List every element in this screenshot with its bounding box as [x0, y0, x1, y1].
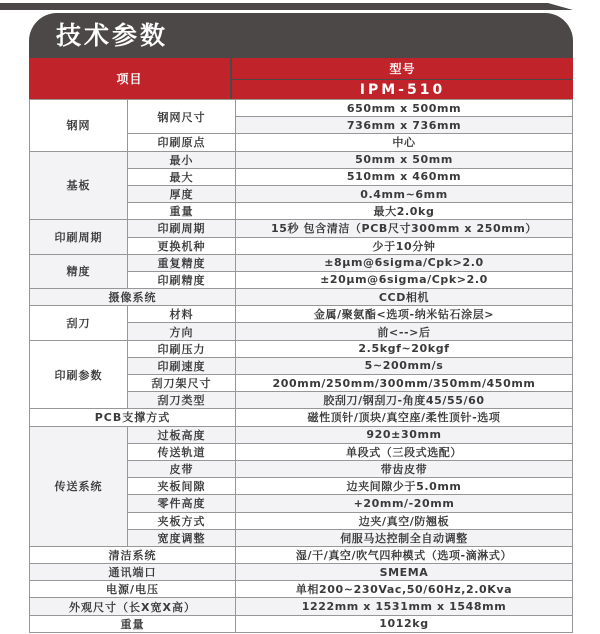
- spec-sheet: 技术参数 项目 型号 IPM-510 钢网钢网尺寸650mm x 500mm73…: [29, 13, 573, 633]
- spec-table: 钢网钢网尺寸650mm x 500mm736mm x 736mm印刷原点中心基板…: [29, 99, 573, 633]
- group-cell: 印刷参数: [30, 340, 128, 409]
- group-cell: 外观尺寸（长X宽X高）: [30, 598, 236, 615]
- table-header: 项目 型号 IPM-510: [29, 58, 573, 99]
- sub-item-cell: 夹板间隙: [128, 478, 236, 495]
- title-bar: 技术参数: [29, 13, 573, 58]
- value-cell: 单相200~230Vac,50/60Hz,2.0Kva: [236, 581, 573, 598]
- page-title: 技术参数: [56, 23, 168, 48]
- sub-item-cell: 印刷速度: [128, 357, 236, 374]
- value-cell: +20mm/-20mm: [236, 495, 573, 512]
- value-cell: 920±30mm: [236, 426, 573, 443]
- value-cell: 带齿皮带: [236, 460, 573, 477]
- value-cell: SMEMA: [236, 564, 573, 581]
- group-cell: 刮刀: [30, 306, 128, 340]
- value-cell: 50mm x 50mm: [236, 151, 573, 168]
- group-cell: 精度: [30, 254, 128, 288]
- sub-item-cell: 印刷压力: [128, 340, 236, 357]
- group-cell: 清洁系统: [30, 546, 236, 563]
- sub-item-cell: 钢网尺寸: [128, 100, 236, 134]
- value-cell: 736mm x 736mm: [236, 117, 573, 134]
- value-cell: 伺服马达控制全自动调整: [236, 529, 573, 546]
- value-cell: 1012kg: [236, 615, 573, 632]
- value-cell: 磁性顶针/顶块/真空座/柔性顶针-选项: [236, 409, 573, 426]
- value-cell: ±20μm@6sigma/Cpk>2.0: [236, 271, 573, 288]
- value-cell: 边夹/真空/防翘板: [236, 512, 573, 529]
- sub-item-cell: 夹板方式: [128, 512, 236, 529]
- sub-item-cell: 最小: [128, 151, 236, 168]
- value-cell: 2.5kgf~20kgf: [236, 340, 573, 357]
- model-header-cell: 型号: [232, 58, 573, 80]
- value-cell: 15秒 包含清洁（PCB尺寸300mm x 250mm）: [236, 220, 573, 237]
- value-cell: 湿/干/真空/吹气四种模式（选项-滴淋式）: [236, 546, 573, 563]
- group-cell: 重量: [30, 615, 236, 632]
- group-cell: 传送系统: [30, 426, 128, 546]
- sub-item-cell: 最大: [128, 168, 236, 185]
- model-header-group: 型号 IPM-510: [232, 58, 573, 99]
- value-cell: CCD相机: [236, 289, 573, 306]
- group-cell: 电源/电压: [30, 581, 236, 598]
- sub-item-cell: 零件高度: [128, 495, 236, 512]
- group-cell: 钢网: [30, 100, 128, 152]
- value-cell: 前<-->后: [236, 323, 573, 340]
- group-cell: 基板: [30, 151, 128, 220]
- sub-item-cell: 印刷周期: [128, 220, 236, 237]
- value-cell: 200mm/250mm/300mm/350mm/450mm: [236, 375, 573, 392]
- value-cell: 0.4mm~6mm: [236, 185, 573, 202]
- sub-item-cell: 过板高度: [128, 426, 236, 443]
- value-cell: 金属/聚氨酯<选项-纳米钻石涂层>: [236, 306, 573, 323]
- sub-item-cell: 刮刀架尺寸: [128, 375, 236, 392]
- sub-item-cell: 皮带: [128, 460, 236, 477]
- group-cell: 通讯端口: [30, 564, 236, 581]
- value-cell: 1222mm x 1531mm x 1548mm: [236, 598, 573, 615]
- value-cell: 650mm x 500mm: [236, 100, 573, 117]
- sub-item-cell: 厚度: [128, 185, 236, 202]
- sub-item-cell: 重复精度: [128, 254, 236, 271]
- value-cell: 边夹间隙少于5.0mm: [236, 478, 573, 495]
- value-cell: 5~200mm/s: [236, 357, 573, 374]
- sub-item-cell: 更换机种: [128, 237, 236, 254]
- value-cell: ±8μm@6sigma/Cpk>2.0: [236, 254, 573, 271]
- sub-item-cell: 印刷原点: [128, 134, 236, 151]
- item-header-cell: 项目: [29, 58, 232, 99]
- value-cell: 单段式（三段式选配）: [236, 443, 573, 460]
- group-cell: 摄像系统: [30, 289, 236, 306]
- value-cell: 最大2.0kg: [236, 203, 573, 220]
- spec-table-body: 钢网钢网尺寸650mm x 500mm736mm x 736mm印刷原点中心基板…: [30, 100, 573, 633]
- sub-item-cell: 材料: [128, 306, 236, 323]
- model-value-cell: IPM-510: [232, 80, 573, 99]
- sub-item-cell: 方向: [128, 323, 236, 340]
- value-cell: 少于10分钟: [236, 237, 573, 254]
- value-cell: 510mm x 460mm: [236, 168, 573, 185]
- top-accent-strip: [0, 3, 573, 10]
- value-cell: 胶刮刀/钢刮刀-角度45/55/60: [236, 392, 573, 409]
- sub-item-cell: 传送轨道: [128, 443, 236, 460]
- group-cell: PCB支撑方式: [30, 409, 236, 426]
- sub-item-cell: 刮刀类型: [128, 392, 236, 409]
- group-cell: 印刷周期: [30, 220, 128, 254]
- sub-item-cell: 宽度调整: [128, 529, 236, 546]
- sub-item-cell: 印刷精度: [128, 271, 236, 288]
- value-cell: 中心: [236, 134, 573, 151]
- sub-item-cell: 重量: [128, 203, 236, 220]
